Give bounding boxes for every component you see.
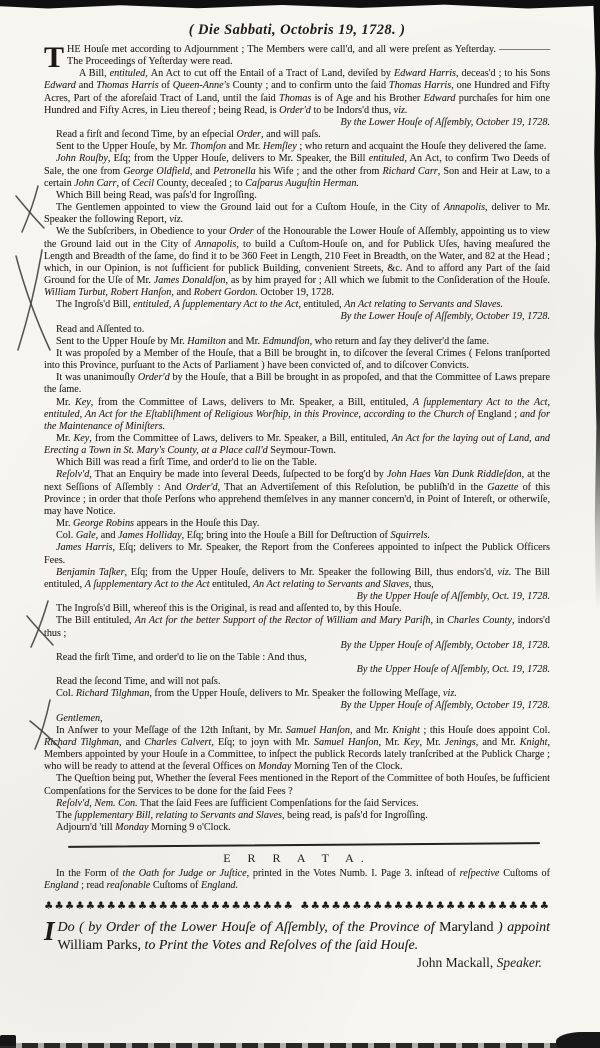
text-run: , thus,: [409, 579, 434, 590]
text-run: to be Indors'd thus,: [311, 105, 394, 116]
text-run: Gale: [76, 530, 96, 541]
paragraph: It was propoſed by a Member of the Houſe…: [44, 348, 550, 372]
paragraph: Read a firſt and ſecond Time, by an eſpe…: [44, 129, 550, 141]
text-run: Thomas Harris: [96, 80, 158, 91]
paragraph: A Bill, entituled, An Act to cut off the…: [44, 68, 550, 117]
text-run: Benjamin Taſker: [56, 567, 125, 578]
attribution-line: By the Upper Houſe of Aſſembly, October …: [44, 640, 550, 652]
paragraph: Mr. George Robins appears in the Houſe t…: [44, 518, 550, 530]
text-run: Mr.: [56, 433, 73, 444]
text-run: , and will paſs.: [261, 129, 321, 140]
paragraph: Col. Gale, and James Holliday, Eſq; brin…: [44, 530, 550, 542]
text-run: The Ingroſs'd Bill,: [56, 299, 133, 310]
paragraph: In the Form of the Oath for Judge or Juſ…: [44, 868, 550, 892]
text-run: viz.: [394, 105, 408, 116]
paragraph: The Ingroſs'd Bill, entituled, A ſupplem…: [44, 299, 550, 311]
text-run: Charles Calvert: [144, 737, 211, 748]
text-run: entituled, A ſupplementary Act to the Ac…: [133, 299, 298, 310]
text-run: England.: [201, 880, 238, 891]
text-run: entituled: [369, 153, 405, 164]
text-run: , entituled,: [298, 299, 344, 310]
text-run: viz.: [443, 688, 457, 699]
text-run: William Parks: [58, 938, 138, 953]
text-run: Thomſon: [190, 141, 226, 152]
text-run: Edward: [44, 80, 76, 91]
text-run: Edward Harris: [394, 68, 456, 79]
text-run: James Harris: [56, 542, 113, 553]
text-run: Read the firſt Time, and order'd to lie …: [56, 652, 307, 663]
text-run: James Holliday: [118, 530, 182, 541]
text-run: Petronella: [213, 166, 256, 177]
text-run: appears in the Houſe this Day.: [134, 518, 259, 529]
text-run: Hemſley: [263, 141, 297, 152]
text-run: Richard Carr: [382, 166, 437, 177]
text-run: John Mackall: [417, 955, 490, 970]
paragraph: Which Bill being Read, was paſs'd for In…: [44, 190, 550, 202]
text-run: Order'd: [186, 482, 218, 493]
paragraph: In Anſwer to your Meſſage of the 12th In…: [44, 725, 550, 774]
text-run: Edward: [424, 93, 456, 104]
text-run: Morning 9 o'Clock.: [149, 822, 231, 833]
text-run: , Speaker.: [490, 955, 542, 970]
drop-cap: T: [44, 44, 67, 70]
text-run: An Act relating to Servants and Slaves.: [344, 299, 503, 310]
text-run: George Oldfield: [123, 166, 190, 177]
text-run: , and: [119, 737, 144, 748]
text-run: and: [174, 287, 194, 298]
text-run: William Turbut, Robert Hanſon,: [44, 287, 174, 298]
text-run: entituled,: [210, 579, 253, 590]
drop-cap: I: [44, 919, 58, 943]
opening-paragraph: THE Houſe met according to Adjournment ;…: [44, 44, 550, 68]
text-run: Samuel Hanſon: [314, 737, 379, 748]
text-run: Which Bill being Read, was paſs'd for In…: [56, 190, 257, 201]
text-run: entituled,: [110, 68, 151, 79]
scan-edge-top: [0, 0, 600, 9]
errata-title: E R R A T A.: [223, 851, 371, 865]
text-run: In Anſwer to your Meſſage of the 12th In…: [56, 725, 286, 736]
text-run: Jenings: [445, 737, 476, 748]
text-run: An Act relating to Servants and Slaves: [253, 579, 409, 590]
text-run: Reſolv'd, Nem. Con.: [56, 798, 138, 809]
paragraph: Sent to the Upper Houſe, by Mr. Thomſon …: [44, 141, 550, 153]
text-run: Robert Gordon.: [194, 287, 258, 298]
scan-corner-bottom-left: [0, 1035, 16, 1046]
paragraph: Read the firſt Time, and order'd to lie …: [44, 652, 550, 664]
text-run: and Mr.: [226, 336, 263, 347]
text-run: the Oath for Judge or Juſtice: [123, 868, 247, 879]
paragraph: The Gentlemen appointed to view the Grou…: [44, 202, 550, 226]
text-run: Queen-Anne's: [173, 80, 230, 91]
paragraph: The Ingroſs'd Bill, whereof this is the …: [44, 603, 550, 615]
text-run: The Proceedings of Yeſterday were read.: [67, 56, 233, 67]
scan-edge-bottom: [0, 1043, 600, 1048]
text-run: Order'd: [138, 372, 170, 383]
text-run: County, deceaſed ; to: [154, 178, 245, 189]
scanned-document-page: ( Die Sabbati, Octobris 19, 1728. ) THE …: [0, 0, 600, 1048]
text-run: his Wife ; and the other from: [256, 166, 383, 177]
text-run: , in: [430, 615, 447, 626]
paragraph: Mr. Key, from the Committee of Laws, del…: [44, 397, 550, 433]
text-run: The Gentlemen appointed to view the Grou…: [56, 202, 444, 213]
text-run: John Haes Van Dunk Riddleſdon: [387, 469, 522, 480]
text-run: —————: [499, 44, 550, 55]
text-run: Adjourn'd 'till: [56, 822, 115, 833]
text-run: Monday: [115, 822, 148, 833]
text-run: England: [477, 409, 511, 420]
text-run: Mr.: [56, 518, 73, 529]
text-run: , Eſq; delivers to Mr. Speaker, the Repo…: [44, 542, 550, 565]
text-run: ; who return and acquaint the Houſe they…: [297, 141, 547, 152]
text-run: We the Subſcribers, in Obedience to your: [56, 226, 229, 237]
text-run: The Bill entituled,: [56, 615, 135, 626]
paragraph: Read the ſecond Time, and will not paſs.: [44, 676, 550, 688]
text-run: Col.: [56, 688, 76, 699]
text-run: Cuſtoms of: [150, 880, 201, 891]
text-run: In the Form of: [56, 868, 123, 879]
text-run: Samuel Hanſon: [286, 725, 350, 736]
divider-rule: [68, 842, 540, 848]
text-run: Key: [75, 397, 91, 408]
text-run: By the Upper Houſe of Aſſembly, Oct. 19,…: [357, 591, 550, 602]
text-run: and: [76, 80, 96, 91]
text-run: By the Lower Houſe of Aſſembly, October …: [341, 117, 550, 128]
text-run: , being read, is paſs'd for Ingroſſing.: [282, 810, 428, 821]
text-run: Edmundſon: [263, 336, 310, 347]
text-run: That the ſaid Fees are ſufficient Compen…: [138, 798, 419, 809]
text-run: , and: [96, 530, 118, 541]
paragraph: Read and Aſſented to.: [44, 324, 550, 336]
text-run: Seymour-Town.: [270, 445, 336, 456]
errata-heading: E R R A T A.: [44, 851, 550, 866]
text-run: ) appoint: [494, 920, 550, 935]
text-run: Thomas Harris: [389, 80, 451, 91]
text-run: , to Print the Votes and Reſolves of the…: [137, 938, 418, 953]
text-run: , from the Committee of Laws, delivers t…: [91, 397, 413, 408]
attribution-line: By the Lower Houſe of Aſſembly, October …: [44, 117, 550, 129]
text-run: , who return and ſay they deliver'd the …: [310, 336, 490, 347]
text-run: , Mr.: [379, 737, 404, 748]
text-run: Caſparus Auguſtin Herman.: [245, 178, 359, 189]
text-run: , Eſq; bring into the Houſe a Bill for D…: [182, 530, 391, 541]
attribution-line: By the Upper Houſe of Aſſembly, October …: [44, 700, 550, 712]
text-run: James Donaldſon: [154, 275, 226, 286]
text-run: By the Upper Houſe of Aſſembly, Oct. 19,…: [357, 664, 550, 675]
paragraph: Reſolv'd, Nem. Con. That the ſaid Fees a…: [44, 798, 550, 810]
text-run: Hamilton: [187, 336, 226, 347]
text-run: , That an Enquiry be made into ſeveral D…: [89, 469, 387, 480]
text-run: Do ( by Order of the Lower Houſe of Aſſe…: [58, 920, 440, 935]
text-run: A ſupplementary Act to the Act: [85, 579, 210, 590]
text-run: Annapolis: [444, 202, 485, 213]
attribution-line: By the Upper Houſe of Aſſembly, Oct. 19,…: [44, 591, 550, 603]
text-run: Annapolis: [195, 239, 236, 250]
paragraph: The Bill entituled, An Act for the bette…: [44, 615, 550, 639]
text-run: Charles County: [447, 615, 512, 626]
paragraph: It was unanimouſly Order'd by the Houſe,…: [44, 372, 550, 396]
text-run: An Act for the better Support of the Rec…: [135, 615, 431, 626]
text-run: Reſolv'd: [56, 469, 89, 480]
paragraph: Sent to the Upper Houſe by Mr. Hamilton …: [44, 336, 550, 348]
text-run: , and Mr.: [350, 725, 392, 736]
text-column: ( Die Sabbati, Octobris 19, 1728. ) THE …: [44, 22, 550, 971]
text-run: , from the Upper Houſe, delivers to Mr. …: [149, 688, 443, 699]
attribution-line: By the Lower Houſe of Aſſembly, October …: [44, 311, 550, 323]
text-run: Which Bill was read a firſt Time, and or…: [56, 457, 317, 468]
paragraph: Mr. Key, from the Committee of Laws, del…: [44, 433, 550, 457]
text-run: Squirrels.: [390, 530, 430, 541]
paragraph: We the Subſcribers, in Obedience to your…: [44, 226, 550, 299]
text-run: Order'd: [279, 105, 311, 116]
text-run: Order: [237, 129, 262, 140]
text-run: Mr.: [56, 397, 75, 408]
text-run: ſupplementary Bill, relating to Servants…: [74, 810, 282, 821]
text-run: George Robins: [73, 518, 134, 529]
text-run: Richard Tilghman: [44, 737, 119, 748]
text-run: Key: [404, 737, 420, 748]
text-run: , and: [190, 166, 213, 177]
text-run: Read and Aſſented to.: [56, 324, 144, 335]
paragraph: The ſupplementary Bill, relating to Serv…: [44, 810, 550, 822]
text-run: of: [159, 80, 173, 91]
text-run: It was propoſed by a Member of the Houſe…: [44, 348, 550, 371]
paragraph: Reſolv'd, That an Enquiry be made into ſ…: [44, 469, 550, 518]
text-run: Read a firſt and ſecond Time, by an eſpe…: [56, 129, 237, 140]
text-run: Maryland: [439, 920, 493, 935]
text-run: Knight: [520, 737, 548, 748]
text-run: viz.: [169, 214, 183, 225]
text-run: , printed in the Votes Numb. I. Page 3. …: [247, 868, 460, 879]
paragraph: Gentlemen,: [44, 713, 550, 725]
ornament-row: ♣♣♣♣♣♣♣♣♣♣♣♣♣♣♣♣♣♣♣♣♣♣♣♣: [300, 899, 550, 913]
text-run: The: [56, 810, 74, 821]
text-run: and Mr.: [226, 141, 263, 152]
text-run: Col.: [56, 530, 76, 541]
text-run: Sent to the Upper Houſe, by Mr.: [56, 141, 190, 152]
text-run: , deceas'd ; to his Sons: [456, 68, 550, 79]
text-run: The Ingroſs'd Bill, whereof this is the …: [56, 603, 402, 614]
text-run: By the Upper Houſe of Aſſembly, October …: [341, 640, 550, 651]
scan-edge-right: [591, 0, 600, 610]
text-run: , That an Advertiſement of this Reſoluti…: [218, 482, 488, 493]
paragraph: Adjourn'd 'till Monday Morning 9 o'Clock…: [44, 822, 550, 834]
text-run: An Act to cut off the Entail of a Tract …: [151, 68, 394, 79]
text-run: viz.: [498, 567, 512, 578]
text-run: Knight: [392, 725, 420, 736]
text-run: England: [44, 880, 79, 891]
text-run: John Carr: [74, 178, 116, 189]
text-run: , from the Committee of Laws, delivers t…: [89, 433, 391, 444]
text-run: Sent to the Upper Houſe by Mr.: [56, 336, 187, 347]
text-run: John Rouſby: [56, 153, 108, 164]
text-run: Richard Tilghman: [76, 688, 150, 699]
text-run: , Eſq; from the Upper Houſe, delivers to…: [108, 153, 369, 164]
paragraph: James Harris, Eſq; delivers to Mr. Speak…: [44, 542, 550, 566]
text-run: Morning Ten of the Clock.: [291, 761, 402, 772]
text-run: County ; and to confirm unto the ſaid: [230, 80, 389, 91]
text-run: By the Upper Houſe of Aſſembly, October …: [341, 700, 550, 711]
text-run: It was unanimouſly: [56, 372, 138, 383]
ornament-row: ♣♣♣♣♣♣♣♣♣♣♣♣♣♣♣♣♣♣♣♣♣♣♣♣: [44, 899, 294, 913]
attribution-line: By the Upper Houſe of Aſſembly, Oct. 19,…: [44, 664, 550, 676]
text-run: A Bill,: [79, 68, 110, 79]
text-run: reſpective: [460, 868, 500, 879]
text-run: Monday: [258, 761, 291, 772]
text-run: , as by him prayed for ; All which we ſu…: [226, 275, 550, 286]
paragraph: Which Bill was read a firſt Time, and or…: [44, 457, 550, 469]
page-date-heading: ( Die Sabbati, Octobris 19, 1728. ): [44, 22, 550, 39]
text-run: The Queſtion being put, Whether the ſeve…: [44, 773, 550, 796]
text-run: Key: [73, 433, 89, 444]
ornament-band: ♣♣♣♣♣♣♣♣♣♣♣♣♣♣♣♣♣♣♣♣♣♣♣♣♣♣♣♣♣♣♣♣♣♣♣♣♣♣♣♣…: [44, 899, 550, 913]
printer-imprint: IDo ( by Order of the Lower Houſe of Aſſ…: [44, 919, 550, 954]
text-run: Gazette: [487, 482, 518, 493]
paragraph: The Queſtion being put, Whether the ſeve…: [44, 773, 550, 797]
text-run: October 19, 1728.: [258, 287, 334, 298]
speaker-signature: John Mackall, Speaker.: [44, 955, 550, 971]
text-run: ; read: [79, 880, 107, 891]
text-run: Thomas: [279, 93, 311, 104]
text-run: By the Lower Houſe of Aſſembly, October …: [341, 311, 550, 322]
text-run: is of Age and his Brother: [311, 93, 423, 104]
paragraph: Benjamin Taſker, Eſq; from the Upper Hou…: [44, 567, 550, 591]
text-run: , of: [116, 178, 132, 189]
text-run: Gentlemen,: [56, 713, 103, 724]
text-run: reaſonable: [107, 880, 151, 891]
text-run: Cecil: [133, 178, 155, 189]
text-run: Order: [229, 226, 254, 237]
text-run: Read the ſecond Time, and will not paſs.: [56, 676, 220, 687]
text-run: , Mr.: [420, 737, 445, 748]
paragraph: John Rouſby, Eſq; from the Upper Houſe, …: [44, 153, 550, 189]
text-run: ; this Houſe does appoint Col.: [420, 725, 550, 736]
text-run: , Eſq; to joyn with Mr.: [211, 737, 314, 748]
scan-corner-bottom-right: [556, 1032, 600, 1048]
text-run: HE Houſe met according to Adjournment ; …: [67, 44, 499, 55]
text-run: , and Mr.: [476, 737, 520, 748]
text-run: Cuſtoms of: [499, 868, 550, 879]
text-run: ;: [511, 409, 520, 420]
text-run: , Eſq; from the Upper Houſe, delivers to…: [125, 567, 498, 578]
paragraph: Col. Richard Tilghman, from the Upper Ho…: [44, 688, 550, 700]
